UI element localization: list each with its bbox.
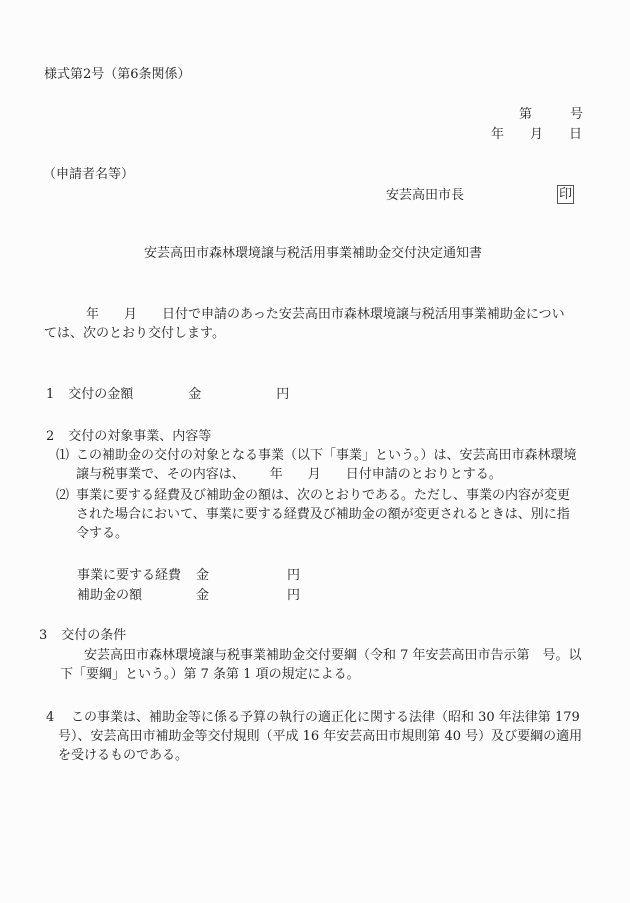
issuer-name: 安芸高田市長: [386, 186, 464, 205]
item-2-sub-2: ⑵事業に要する経費及び補助金の額は、次のとおりである。ただし、事業の内容が変更 …: [56, 486, 590, 543]
intro-paragraph: 年月日付で申請のあった安芸高田市森林環境譲与税活用事業補助金につい ては、次のと…: [44, 305, 590, 343]
document-number-line: 第号: [519, 105, 583, 124]
item-1-kin: 金: [188, 387, 201, 402]
form-number: 様式第2号（第6条関係）: [44, 65, 191, 84]
item-3-body: 安芸高田市森林環境譲与税事業補助金交付要綱（令和 7 年安芸高田市告示第 号。以…: [60, 646, 590, 684]
item-4-number: 4: [46, 708, 71, 727]
item-1-grant-amount: 1交付の金額金円: [46, 385, 289, 404]
item-3-number: 3: [39, 628, 47, 643]
seal-mark: 印: [557, 185, 574, 204]
document-title: 安芸高田市森林環境譲与税活用事業補助金交付決定通知書: [144, 244, 482, 263]
sub-1-number: ⑴: [56, 446, 76, 465]
item-2-sub-1: ⑴この補助金の交付の対象となる事業（以下「事業」という。）は、安芸高田市森林環境…: [56, 446, 590, 484]
intro-line-1: 年月日付で申請のあった安芸高田市森林環境譲与税活用事業補助金につい: [44, 305, 590, 324]
item-2-number: 2: [46, 429, 54, 444]
number-dai: 第: [519, 107, 532, 122]
item-2-label: 交付の対象事業、内容等: [68, 429, 211, 444]
number-go: 号: [570, 107, 583, 122]
item-1-yen: 円: [276, 387, 289, 402]
applicant-label: （申請者名等）: [43, 165, 134, 184]
item-3-label: 交付の条件: [61, 628, 126, 643]
amount-row-project-cost: 事業に要する経費金円: [77, 566, 300, 585]
date-year: 年: [491, 127, 504, 142]
date-month: 月: [530, 127, 543, 142]
item-1-number: 1: [46, 387, 54, 402]
sub-2-number: ⑵: [56, 486, 76, 505]
date-line: 年月日: [491, 125, 582, 144]
date-day: 日: [569, 127, 582, 142]
item-3-heading: 3交付の条件: [39, 626, 126, 645]
item-2-heading: 2交付の対象事業、内容等: [46, 427, 211, 446]
item-1-label: 交付の金額: [68, 385, 188, 404]
intro-line-2: ては、次のとおり交付します。: [44, 324, 590, 343]
amount-row-subsidy: 補助金の額金円: [77, 586, 300, 605]
item-4: 4この事業は、補助金等に係る予算の執行の適正化に関する法律（昭和 30 年法律第…: [46, 708, 590, 765]
